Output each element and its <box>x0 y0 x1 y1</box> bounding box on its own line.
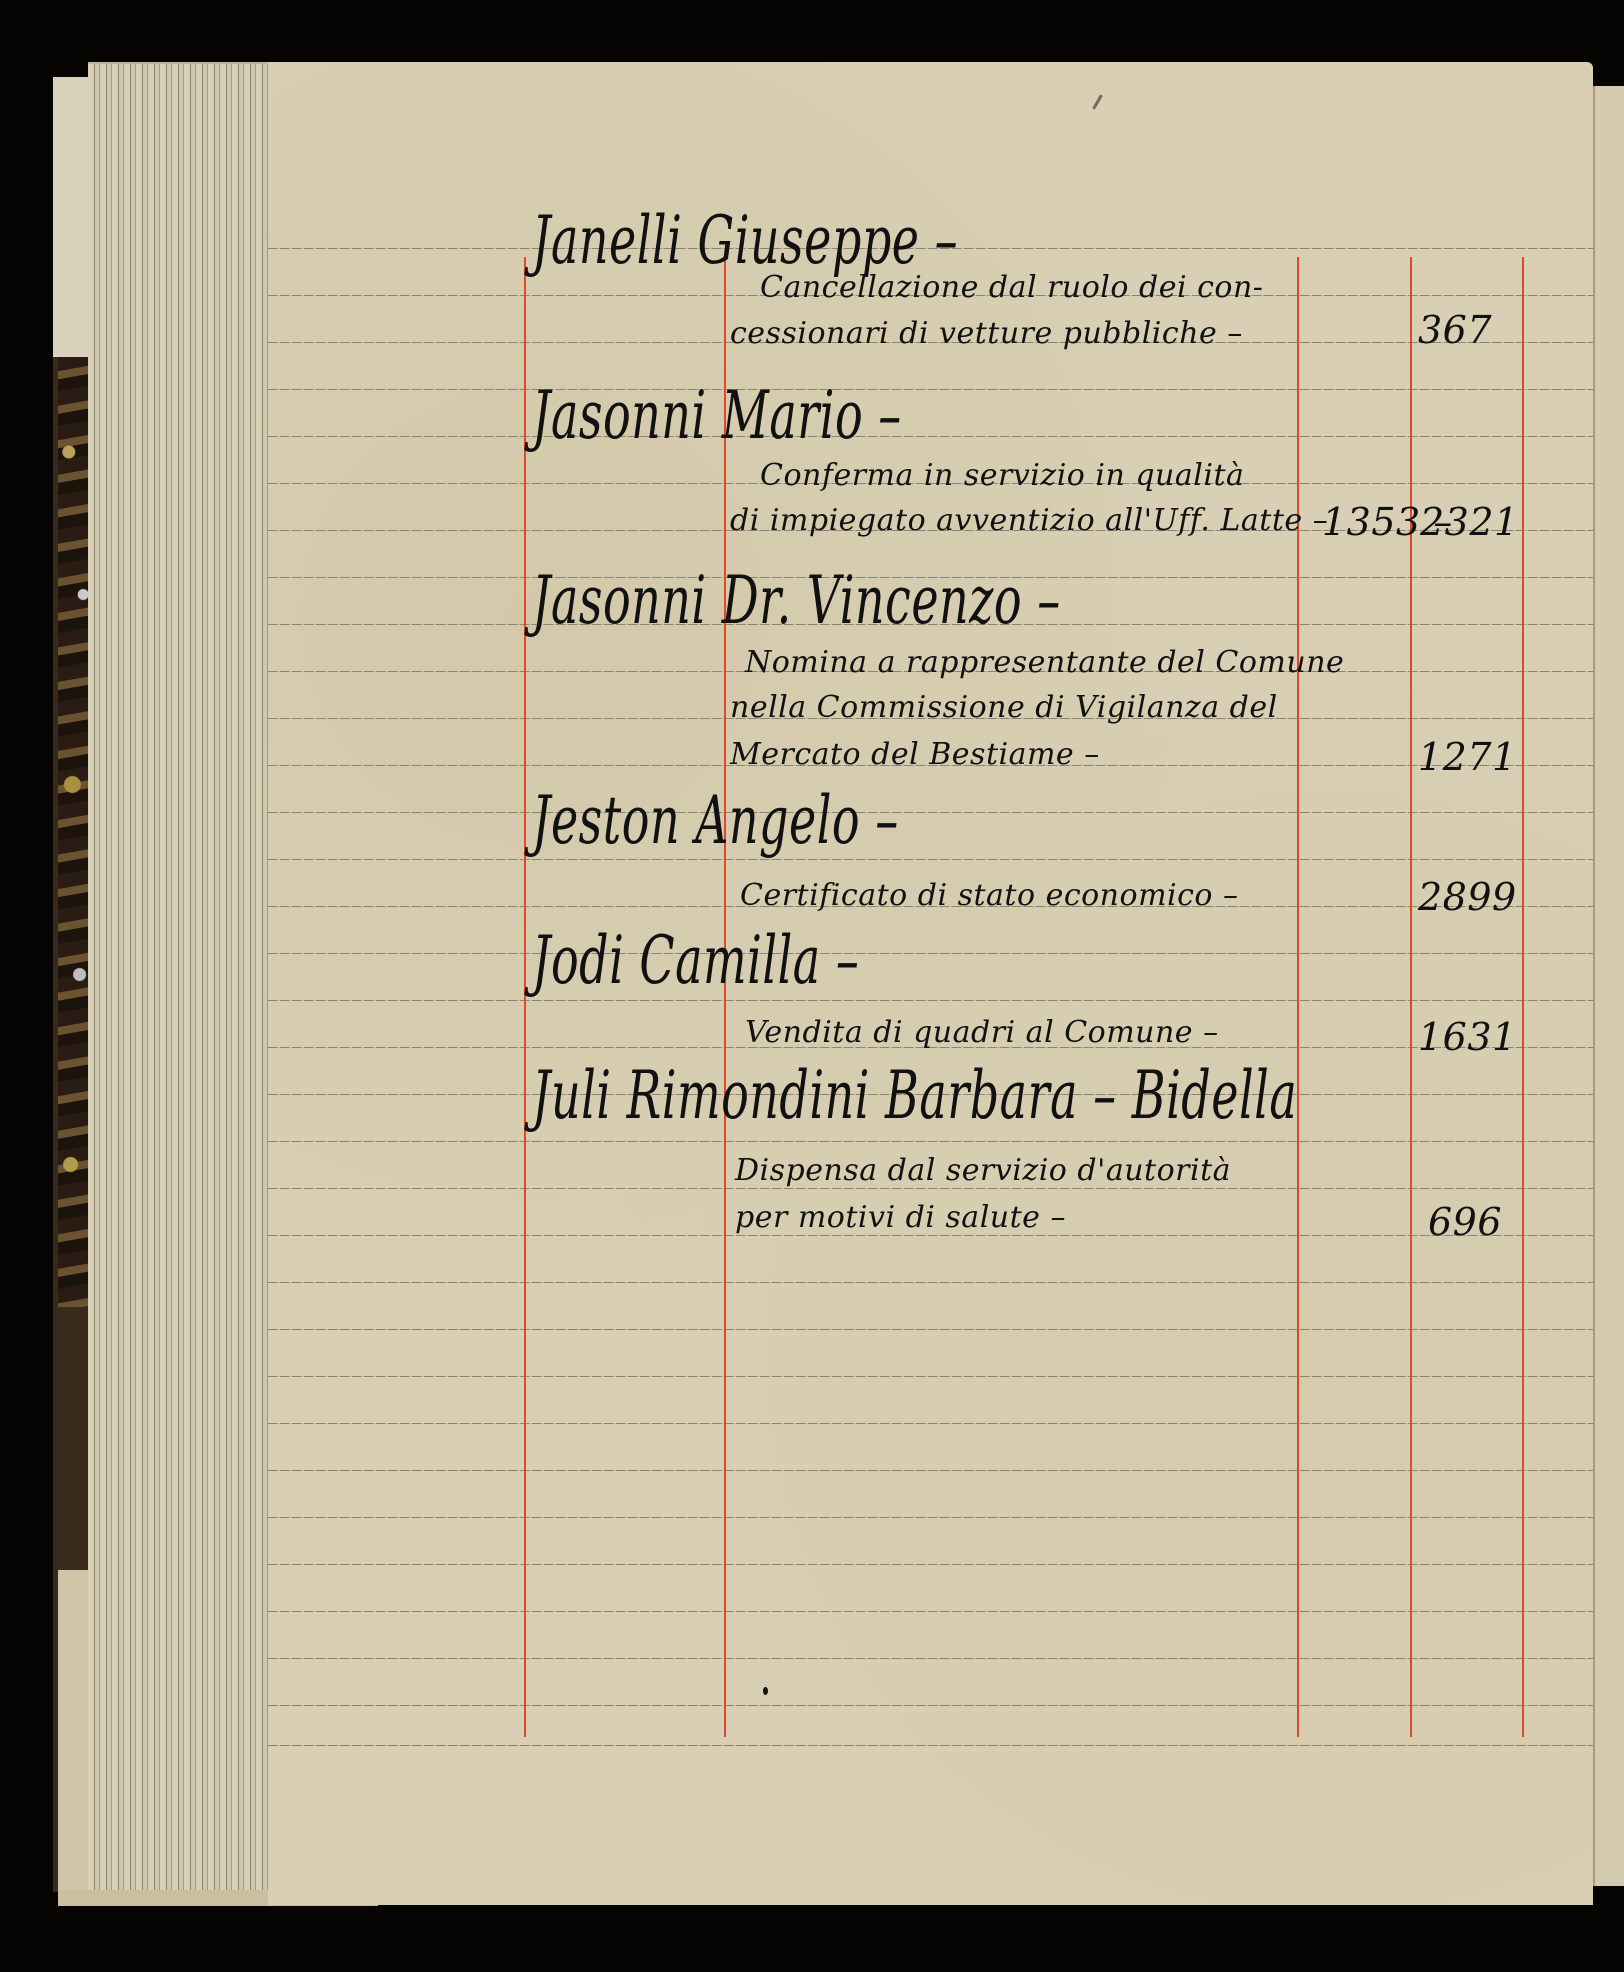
entry-reference-number: 2321 <box>1420 500 1519 544</box>
ruled-line <box>268 389 1593 390</box>
red-column-rule-ref-a <box>1297 257 1299 1737</box>
entry-reference-number: 367 <box>1418 308 1492 352</box>
red-column-rule-name <box>524 257 526 1737</box>
entry-reference-number: 2899 <box>1418 875 1517 919</box>
page-stack-edges <box>88 62 268 1899</box>
entry-description-line: Cancellazione dal ruolo dei con- <box>760 270 1263 305</box>
ruled-line <box>268 953 1593 954</box>
entry-description-line: per motivi di salute – <box>735 1200 1066 1235</box>
ruled-line <box>268 1564 1593 1565</box>
red-column-rule-right <box>1522 257 1524 1737</box>
ruled-line <box>268 1423 1593 1424</box>
ruled-line <box>268 859 1593 860</box>
entry-description-line: Conferma in servizio in qualità <box>760 458 1244 493</box>
entry-name: Janelli Giuseppe – <box>532 201 958 279</box>
ruled-line <box>268 1611 1593 1612</box>
entry-description-line: Nomina a rappresentante del Comune <box>745 645 1344 680</box>
entry-reference-number: 1271 <box>1418 735 1517 779</box>
entry-name: Juli Rimondini Barbara – Bidella <box>532 1056 1297 1134</box>
entry-name: Jeston Angelo – <box>532 781 899 859</box>
entry-description-line: Certificato di stato economico – <box>740 878 1239 913</box>
ruled-line <box>268 812 1593 813</box>
entry-description-line: cessionari di vetture pubbliche – <box>730 316 1243 351</box>
entry-name: Jodi Camilla – <box>532 921 859 999</box>
ruled-line <box>268 1517 1593 1518</box>
ruled-line <box>268 1188 1593 1189</box>
facing-page-edge <box>1593 86 1624 1886</box>
entry-reference-number: 696 <box>1428 1200 1502 1244</box>
ruled-line <box>268 1329 1593 1330</box>
entry-name: Jasonni Mario – <box>532 376 902 454</box>
ruled-line <box>268 1141 1593 1142</box>
ruled-line <box>268 1376 1593 1377</box>
entry-description-line: di impiegato avventizio all'Uff. Latte – <box>730 503 1328 538</box>
ruled-line <box>268 1000 1593 1001</box>
ruled-line <box>268 1282 1593 1283</box>
entry-description-line: Dispensa dal servizio d'autorità <box>735 1153 1231 1188</box>
entry-description-line: nella Commissione di Vigilanza del <box>730 690 1278 725</box>
ruled-line <box>268 1235 1593 1236</box>
ruled-line <box>268 1658 1593 1659</box>
red-column-rule-ref-b <box>1410 257 1412 1737</box>
ruled-line <box>268 1705 1593 1706</box>
entry-reference-number: 1631 <box>1418 1015 1517 1059</box>
ink-dot <box>763 1687 768 1695</box>
entry-description-line: Vendita di quadri al Comune – <box>745 1015 1219 1050</box>
ruled-line <box>268 1470 1593 1471</box>
entry-name: Jasonni Dr. Vincenzo – <box>532 561 1061 639</box>
ruled-line <box>268 1745 1593 1746</box>
ruled-line <box>268 436 1593 437</box>
entry-description-line: Mercato del Bestiame – <box>730 737 1100 772</box>
